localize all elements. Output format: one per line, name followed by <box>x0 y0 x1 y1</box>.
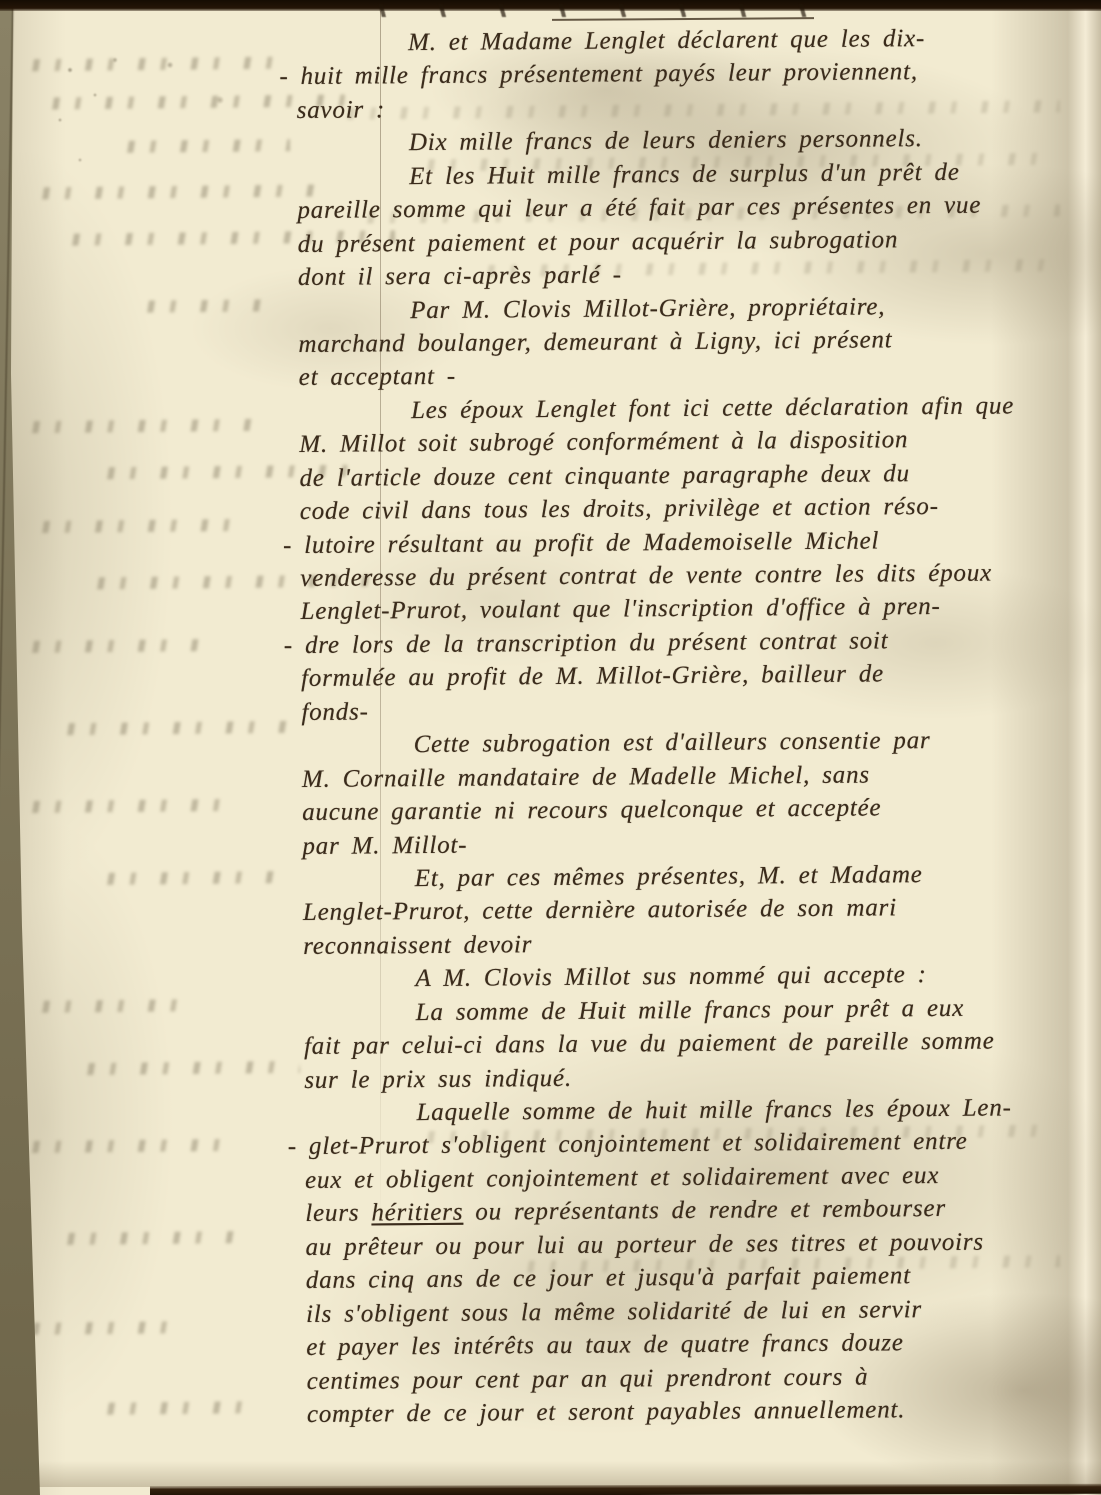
manuscript-line: fait par celui-ci dans la vue du paiemen… <box>304 1024 1100 1064</box>
ink-bleedthrough <box>100 871 285 885</box>
ink-bleedthrough <box>25 799 230 813</box>
ink-bleedthrough <box>80 1061 300 1075</box>
ink-bleedthrough <box>25 1139 230 1153</box>
manuscript-text: M. et Madame Lenglet déclarent que les d… <box>296 21 1101 1432</box>
ink-bleedthrough <box>120 139 290 153</box>
cutoff-heading-strokes <box>355 4 825 17</box>
ink-bleedthrough <box>25 1321 190 1335</box>
bottom-paper-shadow <box>0 1461 1101 1487</box>
ink-bleedthrough <box>35 999 200 1013</box>
ink-bleedthrough <box>60 721 300 736</box>
ink-bleedthrough <box>35 185 315 200</box>
manuscript-line: Les époux Lenglet font ici cette déclara… <box>299 389 1095 429</box>
ink-bleedthrough <box>60 1231 245 1245</box>
manuscript-page: M. et Madame Lenglet déclarent que les d… <box>0 0 1101 1495</box>
ink-bleedthrough <box>140 299 270 312</box>
manuscript-line: pareille somme qui leur a été fait par c… <box>297 188 1093 228</box>
ink-bleedthrough <box>100 1401 250 1415</box>
manuscript-line: au prêteur ou pour lui au porteur de ses… <box>305 1224 1101 1264</box>
ink-bleedthrough <box>35 519 245 533</box>
heading-underline <box>552 17 814 21</box>
manuscript-line: venderesse du présent contrat de vente c… <box>300 556 1096 596</box>
ink-bleedthrough <box>25 419 265 434</box>
bottom-photo-border <box>150 1484 1101 1495</box>
ink-bleedthrough <box>25 639 210 653</box>
ink-bleedthrough <box>25 57 280 72</box>
manuscript-line: Laquelle somme de huit mille francs les … <box>304 1091 1100 1131</box>
manuscript-line: compter de ce jour et seront payables an… <box>307 1392 1101 1432</box>
